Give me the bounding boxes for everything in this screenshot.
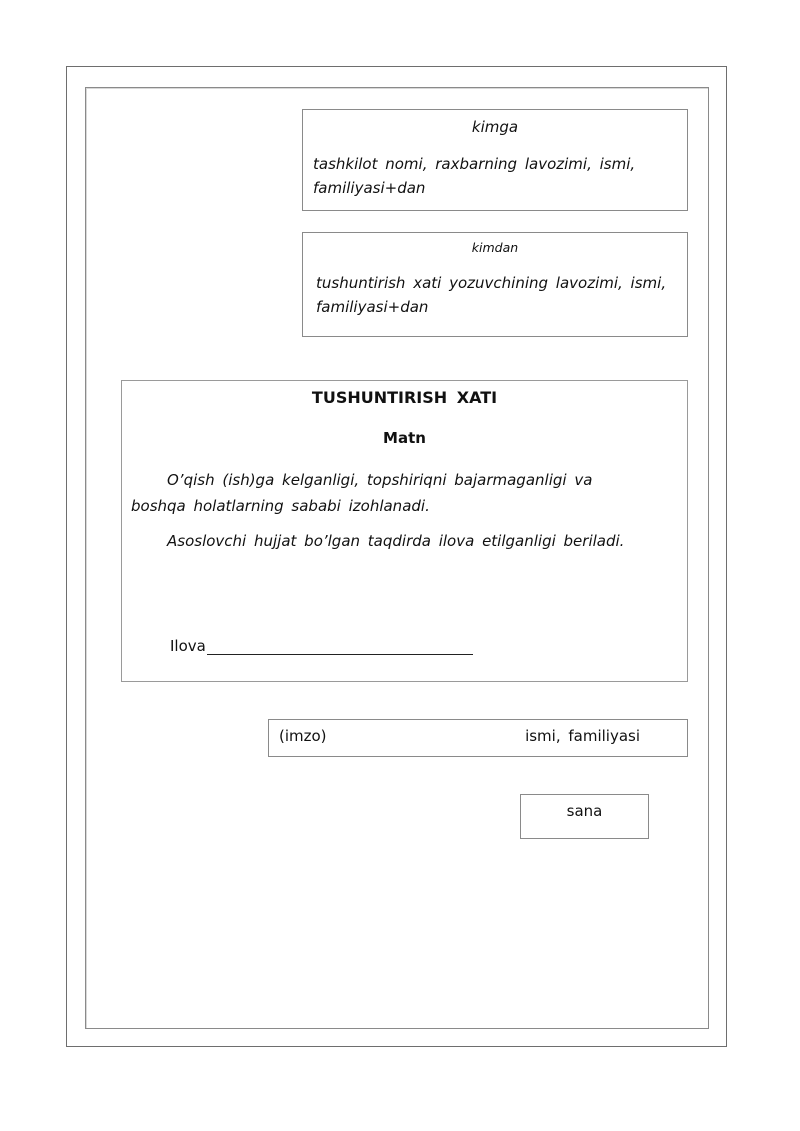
document-subtitle: Matn	[122, 429, 687, 447]
date-box: sana	[520, 794, 649, 839]
sender-description: tushuntirish xati yozuvchining lavozimi,…	[316, 271, 667, 319]
recipient-box: kimga tashkilot nomi, raxbarning lavozim…	[302, 109, 688, 211]
signature-label: (imzo)	[279, 727, 327, 745]
signature-box: (imzo) ismi, familiyasi	[268, 719, 688, 757]
document-title: TUSHUNTIRISH XATI	[122, 388, 687, 407]
body-paragraph-1: O’qish (ish)ga kelganligi, topshiriqni b…	[131, 467, 647, 519]
recipient-label: kimga	[303, 118, 687, 136]
signer-name-label: ismi, familiyasi	[525, 727, 640, 745]
body-paragraph-2: Asoslovchi hujjat bo’lgan taqdirda ilova…	[131, 528, 647, 554]
recipient-description: tashkilot nomi, raxbarning lavozimi, ism…	[313, 152, 667, 200]
letter-body-box: TUSHUNTIRISH XATI Matn O’qish (ish)ga ke…	[121, 380, 688, 682]
attachment-blank	[207, 640, 473, 655]
date-label: sana	[521, 802, 648, 820]
attachment-label: Ilova	[170, 637, 206, 655]
attachment-line: Ilova	[170, 637, 473, 655]
sender-label: kimdan	[303, 240, 687, 255]
sender-box: kimdan tushuntirish xati yozuvchining la…	[302, 232, 688, 337]
